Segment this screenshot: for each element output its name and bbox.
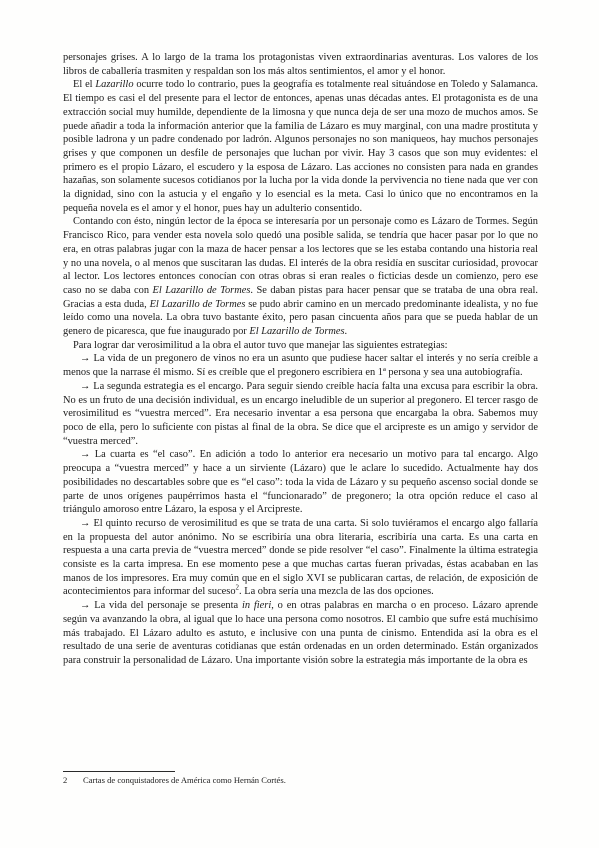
text-run: . La obra sería una mezcla de las dos op… [239,586,434,597]
arrow-bullet: → [80,449,95,460]
arrow-bullet: → [80,518,93,529]
paragraph: → La vida de un pregonero de vinos no er… [63,352,538,379]
footnote-text: Cartas de conquistadores de América como… [83,775,538,786]
text-run: La vida de un pregonero de vinos no era … [63,353,538,378]
italic-run: in fieri [242,600,271,611]
italic-run: Lazarillo [95,79,133,90]
document-page: personajes grises. A lo largo de la tram… [0,0,599,848]
paragraph: → La segunda estrategia es el encargo. P… [63,380,538,449]
arrow-bullet: → [80,600,94,611]
text-run: ocurre todo lo contrario, pues la geogra… [63,79,538,213]
text-run: La vida del personaje se presenta [94,600,242,611]
paragraph: → El quinto recurso de verosimilitud es … [63,517,538,599]
text-run: Para lograr dar verosimilitud a la obra … [73,340,448,351]
italic-run: El Lazarillo de Tormes [150,299,246,310]
text-run: El el [73,79,95,90]
italic-run: El Lazarillo de Tormes [153,285,251,296]
paragraph: → La vida del personaje se presenta in f… [63,599,538,668]
paragraph: Contando con ésto, ningún lector de la é… [63,215,538,338]
footnote: 2 Cartas de conquistadores de América co… [63,775,538,786]
footnote-rule [63,771,175,772]
document-body: personajes grises. A lo largo de la tram… [63,51,538,668]
text-run: personajes grises. A lo largo de la tram… [63,52,538,77]
italic-run: El Lazarillo de Tormes [249,326,344,337]
arrow-bullet: → [80,353,94,364]
arrow-bullet: → [80,381,93,392]
paragraph: personajes grises. A lo largo de la tram… [63,51,538,78]
text-run: . [345,326,348,337]
text-run: La cuarta es “el caso”. En adición a tod… [63,449,538,515]
footnote-area: 2 Cartas de conquistadores de América co… [63,771,538,786]
footnote-marker: 2 [63,775,83,786]
paragraph: Para lograr dar verosimilitud a la obra … [63,339,538,353]
paragraph: El el Lazarillo ocurre todo lo contrario… [63,78,538,215]
paragraph: → La cuarta es “el caso”. En adición a t… [63,448,538,517]
text-run: La segunda estrategia es el encargo. Par… [63,381,538,447]
